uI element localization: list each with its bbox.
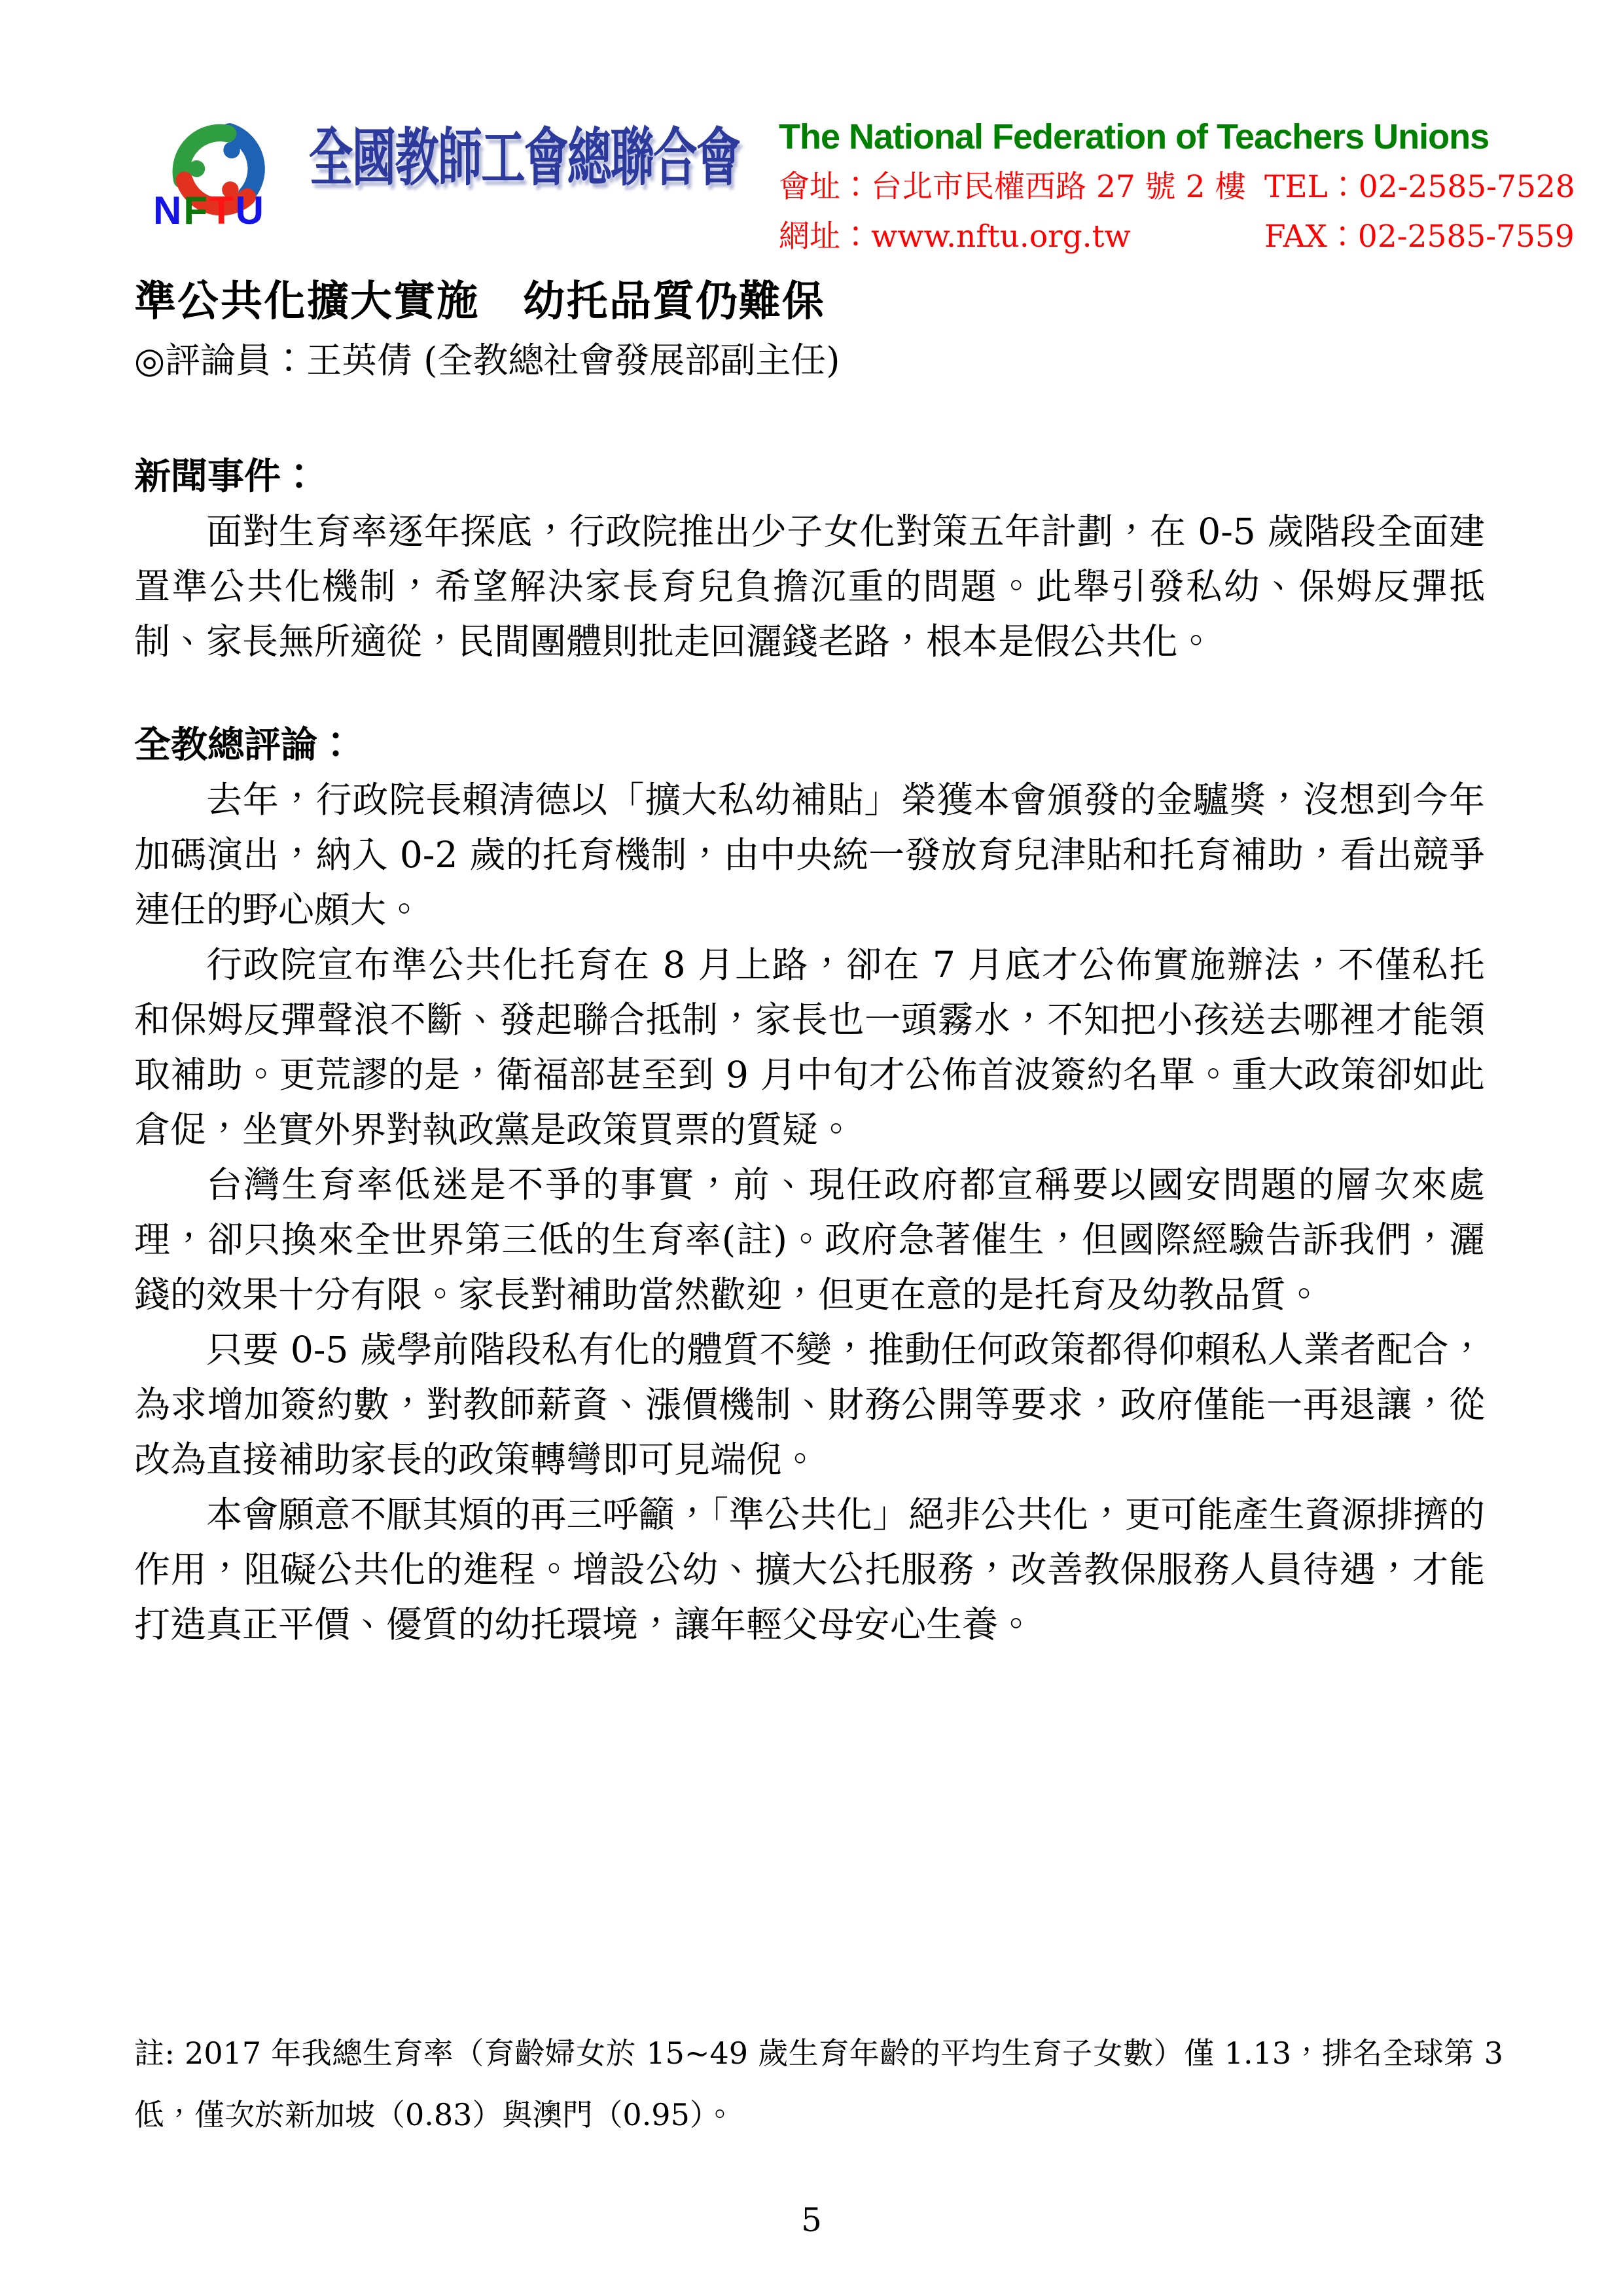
nftu-letter: U — [236, 188, 266, 232]
org-name-chinese: 全國教師工會總聯合會 — [309, 122, 740, 194]
address-line: 會址：台北市民權西路 27 號 2 樓 — [779, 166, 1264, 216]
tel-line: TEL：02-2585-7528 — [1264, 166, 1603, 216]
article-title: 準公共化擴大實施 幼托品質仍難保 — [134, 271, 1485, 332]
paragraph: 去年，行政院長賴清德以「擴大私幼補貼」榮獲本會頒發的金驢獎，沒想到今年加碼演出，… — [134, 772, 1485, 937]
nftu-wordmark: NFTU — [153, 191, 291, 230]
nftu-letter: F — [183, 188, 209, 232]
nftu-letter: N — [153, 188, 183, 232]
fax-line: FAX：02-2585-7559 — [1264, 216, 1603, 266]
document-page: NFTU 全國教師工會總聯合會 The National Federation … — [0, 0, 1623, 2296]
website-line: 網址：www.nftu.org.tw — [779, 216, 1264, 266]
paragraph: 只要 0-5 歲學前階段私有化的體質不變，推動任何政策都得仰賴私人業者配合，為求… — [134, 1322, 1485, 1487]
section-heading-news-event: 新聞事件： — [134, 449, 1485, 504]
section-heading-nftu-comment: 全教總評論： — [134, 717, 1485, 772]
paragraph: 台灣生育率低迷是不爭的事實，前、現任政府都宣稱要以國安問題的層次來處理，卻只換來… — [134, 1157, 1485, 1322]
paragraph: 行政院宣布準公共化托育在 8 月上路，卻在 7 月底才公佈實施辦法，不僅私托和保… — [134, 937, 1485, 1157]
article-byline: ◎評論員：王英倩 (全教總社會發展部副主任) — [134, 335, 1485, 386]
paragraph: 面對生育率逐年探底，行政院推出少子女化對策五年計劃，在 0-5 歲階段全面建置準… — [134, 504, 1485, 669]
article-body: 準公共化擴大實施 幼托品質仍難保 ◎評論員：王英倩 (全教總社會發展部副主任) … — [134, 271, 1485, 1652]
footnote: 註: 2017 年我總生育率（育齡婦女於 15~49 歲生育年齡的平均生育子女數… — [134, 2022, 1503, 2145]
nftu-logo: NFTU — [147, 111, 304, 268]
letterhead: NFTU 全國教師工會總聯合會 The National Federation … — [147, 111, 1603, 268]
page-number: 5 — [0, 2200, 1623, 2240]
contact-block: 會址：台北市民權西路 27 號 2 樓 TEL：02-2585-7528 網址：… — [779, 166, 1603, 266]
letterhead-right: The National Federation of Teachers Unio… — [779, 117, 1603, 266]
org-name-english: The National Federation of Teachers Unio… — [779, 117, 1603, 157]
paragraph: 本會願意不厭其煩的再三呼籲，「準公共化」絕非公共化，更可能產生資源排擠的作用，阻… — [134, 1487, 1485, 1652]
nftu-letter: T — [209, 188, 236, 232]
